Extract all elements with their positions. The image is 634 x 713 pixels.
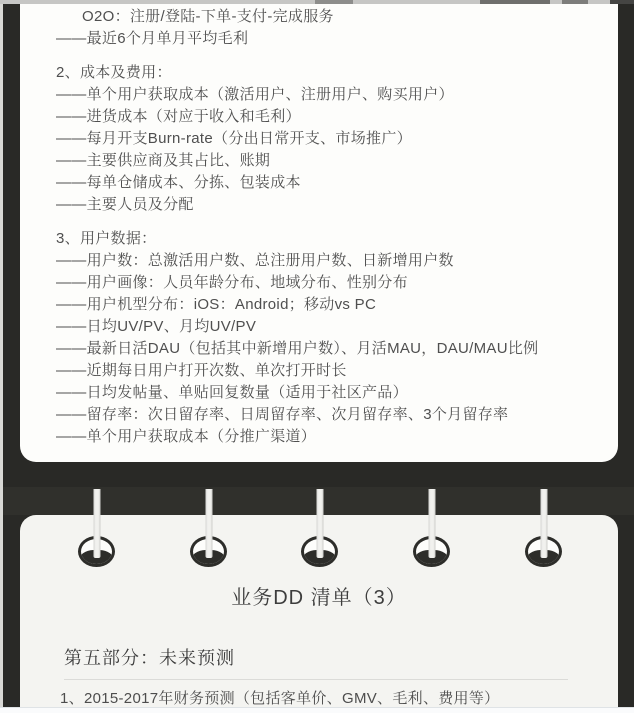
section-divider [64, 679, 568, 680]
binder-ring [78, 489, 115, 569]
top-edge-artifact [315, 0, 353, 4]
section-costs: 2、成本及费用： ——单个用户获取成本（激活用户、注册用户、购买用户） ——进货… [56, 62, 600, 216]
ring-post [428, 489, 435, 558]
checklist-line: ——进货成本（对应于收入和毛利） [56, 106, 600, 128]
checklist-line: ——近期每日用户打开次数、单次打开时长 [56, 360, 600, 382]
checklist-line: ——日均发帖量、单贴回复数量（适用于社区产品） [56, 382, 600, 404]
ring-post [540, 489, 547, 558]
ring-post [205, 489, 212, 558]
binder-ring [190, 489, 227, 569]
ring-post [316, 489, 323, 558]
binder-ring [413, 489, 450, 569]
checklist-line: O2O：注册/登陆-下单-支付-完成服务 [82, 6, 600, 28]
top-edge-artifact [610, 0, 634, 4]
bottom-edge-strip [0, 707, 634, 713]
checklist-line: ——单个用户获取成本（分推广渠道） [56, 426, 600, 448]
checklist-line: ——最近6个月单月平均毛利 [56, 28, 600, 50]
top-edge-artifact [480, 0, 550, 4]
part-five-heading: 第五部分：未来预测 [64, 646, 618, 670]
checklist-line: ——每月开支Burn-rate（分出日常开支、市场推广） [56, 128, 600, 150]
checklist-line: ——主要人员及分配 [56, 194, 600, 216]
binder-ring [301, 489, 338, 569]
top-edge-strip [0, 0, 634, 4]
checklist-line: ——用户数：总激活用户数、总注册用户数、日新增用户数 [56, 250, 600, 272]
checklist-line: ——留存率：次日留存率、日周留存率、次月留存率、3个月留存率 [56, 404, 600, 426]
left-edge-sliver [0, 0, 3, 713]
checklist-line: ——日均UV/PV、月均UV/PV [56, 316, 600, 338]
section-user-data: 3、用户数据： ——用户数：总激活用户数、总注册用户数、日新增用户数 ——用户画… [56, 228, 600, 448]
checklist-line: 1、2015-2017年财务预测（包括客单价、GMV、毛利、费用等） [60, 688, 600, 709]
top-edge-artifact [562, 0, 588, 4]
section-header: 2、成本及费用： [56, 62, 600, 84]
checklist-line: ——用户画像：人员年龄分布、地域分布、性别分布 [56, 272, 600, 294]
checklist-line: ——最新日活DAU（包括其中新增用户数）、月活MAU，DAU/MAU比例 [56, 338, 600, 360]
section-header: 3、用户数据： [56, 228, 600, 250]
ring-post [93, 489, 100, 558]
page-title: 业务DD 清单（3） [20, 586, 618, 610]
checklist-line: ——用户机型分布：iOS：Android；移动vs PC [56, 294, 600, 316]
screenshot-root: O2O：注册/登陆-下单-支付-完成服务 ——最近6个月单月平均毛利 2、成本及… [0, 0, 634, 713]
top-page-content: O2O：注册/登陆-下单-支付-完成服务 ——最近6个月单月平均毛利 2、成本及… [20, 4, 618, 448]
notebook-page-top: O2O：注册/登陆-下单-支付-完成服务 ——最近6个月单月平均毛利 2、成本及… [20, 4, 618, 462]
checklist-line: ——主要供应商及其占比、账期 [56, 150, 600, 172]
checklist-line: ——单个用户获取成本（激活用户、注册用户、购买用户） [56, 84, 600, 106]
checklist-line: ——每单仓储成本、分拣、包装成本 [56, 172, 600, 194]
binder-ring [525, 489, 562, 569]
